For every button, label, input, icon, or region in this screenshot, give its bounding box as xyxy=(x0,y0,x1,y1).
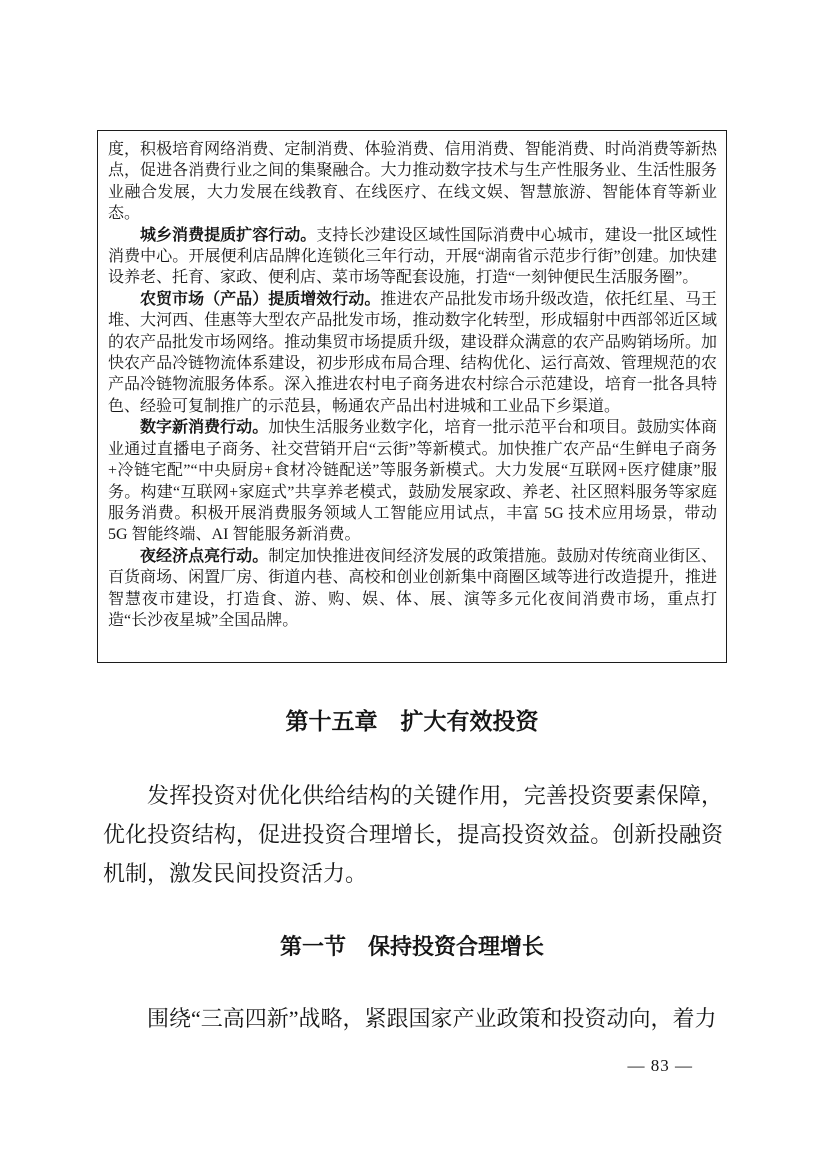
action-paragraph-digital-consumption: 数字新消费行动。加快生活服务业数字化，培育一批示范平台和项目。鼓励实体商业通过直… xyxy=(108,417,717,545)
action-body: 加快生活服务业数字化，培育一批示范平台和项目。鼓励实体商业通过直播电子商务、社交… xyxy=(108,419,717,543)
action-title: 农贸市场（产品）提质增效行动。 xyxy=(140,291,380,308)
action-paragraph-night-economy: 夜经济点亮行动。制定加快推进夜间经济发展的政策措施。鼓励对传统商业街区、百货商场… xyxy=(108,546,717,632)
chapter-intro-paragraph: 发挥投资对优化供给结构的关键作用，完善投资要素保障，优化投资结构，促进投资合理增… xyxy=(103,776,723,893)
section-heading: 第一节 保持投资合理增长 xyxy=(97,932,727,962)
continuation-paragraph: 度，积极培育网络消费、定制消费、体验消费、信用消费、智能消费、时尚消费等新热点，… xyxy=(108,139,717,225)
action-title: 夜经济点亮行动。 xyxy=(140,548,268,565)
action-paragraph-urban-rural-consumption: 城乡消费提质扩容行动。支持长沙建设区域性国际消费中心城市，建设一批区域性消费中心… xyxy=(108,225,717,289)
document-page: 度，积极培育网络消费、定制消费、体验消费、信用消费、智能消费、时尚消费等新热点，… xyxy=(0,0,827,1169)
section-body-paragraph: 围绕“三高四新”战略，紧跟国家产业政策和投资动向，着力 xyxy=(103,999,723,1038)
action-paragraph-farm-market: 农贸市场（产品）提质增效行动。推进农产品批发市场升级改造，依托红星、马王堆、大河… xyxy=(108,289,717,417)
page-number: — 83 — xyxy=(628,1056,694,1076)
chapter-title: 第十五章 扩大有效投资 xyxy=(97,706,727,736)
consumption-actions-box: 度，积极培育网络消费、定制消费、体验消费、信用消费、智能消费、时尚消费等新热点，… xyxy=(97,130,727,663)
action-title: 数字新消费行动。 xyxy=(140,419,268,436)
action-body: 推进农产品批发市场升级改造，依托红星、马王堆、大河西、佳惠等大型农产品批发市场，… xyxy=(108,291,717,415)
action-title: 城乡消费提质扩容行动。 xyxy=(140,227,316,244)
